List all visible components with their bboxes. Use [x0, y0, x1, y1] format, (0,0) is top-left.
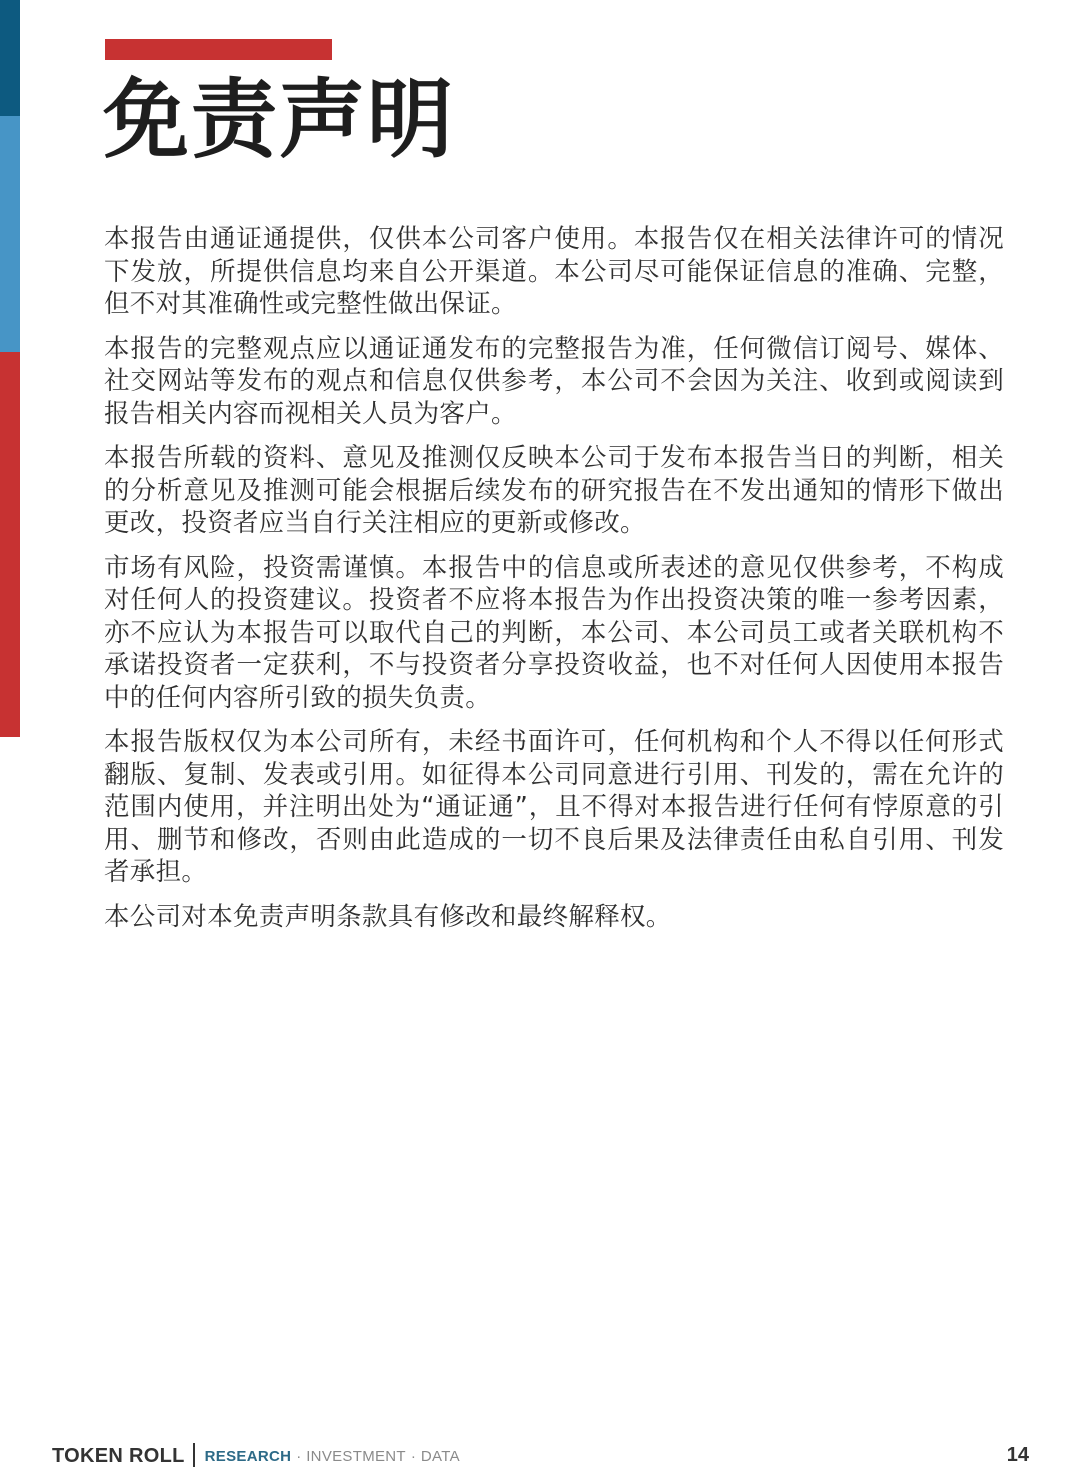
disclaimer-body: 本报告由通证通提供，仅供本公司客户使用。本报告仅在相关法律许可的情况下发放，所提…	[104, 223, 1004, 945]
page-title: 免责声明	[103, 70, 455, 170]
sidebar-band-dark-blue	[0, 0, 20, 116]
tag-data: DATA	[421, 1448, 460, 1465]
sidebar-band-red	[0, 352, 20, 737]
tag-separator: ·	[411, 1448, 416, 1465]
tag-separator: ·	[296, 1448, 301, 1465]
footer-divider	[193, 1443, 195, 1467]
footer-branding: TOKEN ROLL RESEARCH · INVESTMENT · DATA	[52, 1443, 460, 1467]
paragraph-copyright: 本报告版权仅为本公司所有，未经书面许可，任何机构和个人不得以任何形式翻版、复制、…	[104, 726, 1004, 889]
tag-investment: INVESTMENT	[306, 1448, 406, 1465]
paragraph-authoritative-source: 本报告的完整观点应以通证通发布的完整报告为准，任何微信订阅号、媒体、社交网站等发…	[104, 333, 1004, 431]
brand-name: TOKEN ROLL	[52, 1445, 185, 1467]
title-accent-bar	[105, 39, 332, 60]
paragraph-distribution: 本报告由通证通提供，仅供本公司客户使用。本报告仅在相关法律许可的情况下发放，所提…	[104, 223, 1004, 321]
paragraph-investment-risk: 市场有风险，投资需谨慎。本报告中的信息或所表述的意见仅供参考，不构成对任何人的投…	[104, 552, 1004, 715]
tag-research: RESEARCH	[205, 1448, 292, 1465]
page-number: 14	[1007, 1444, 1029, 1467]
paragraph-interpretation-right: 本公司对本免责声明条款具有修改和最终解释权。	[104, 901, 1004, 934]
sidebar-band-light-blue	[0, 116, 20, 352]
paragraph-opinion-changes: 本报告所载的资料、意见及推测仅反映本公司于发布本报告当日的判断，相关的分析意见及…	[104, 442, 1004, 540]
